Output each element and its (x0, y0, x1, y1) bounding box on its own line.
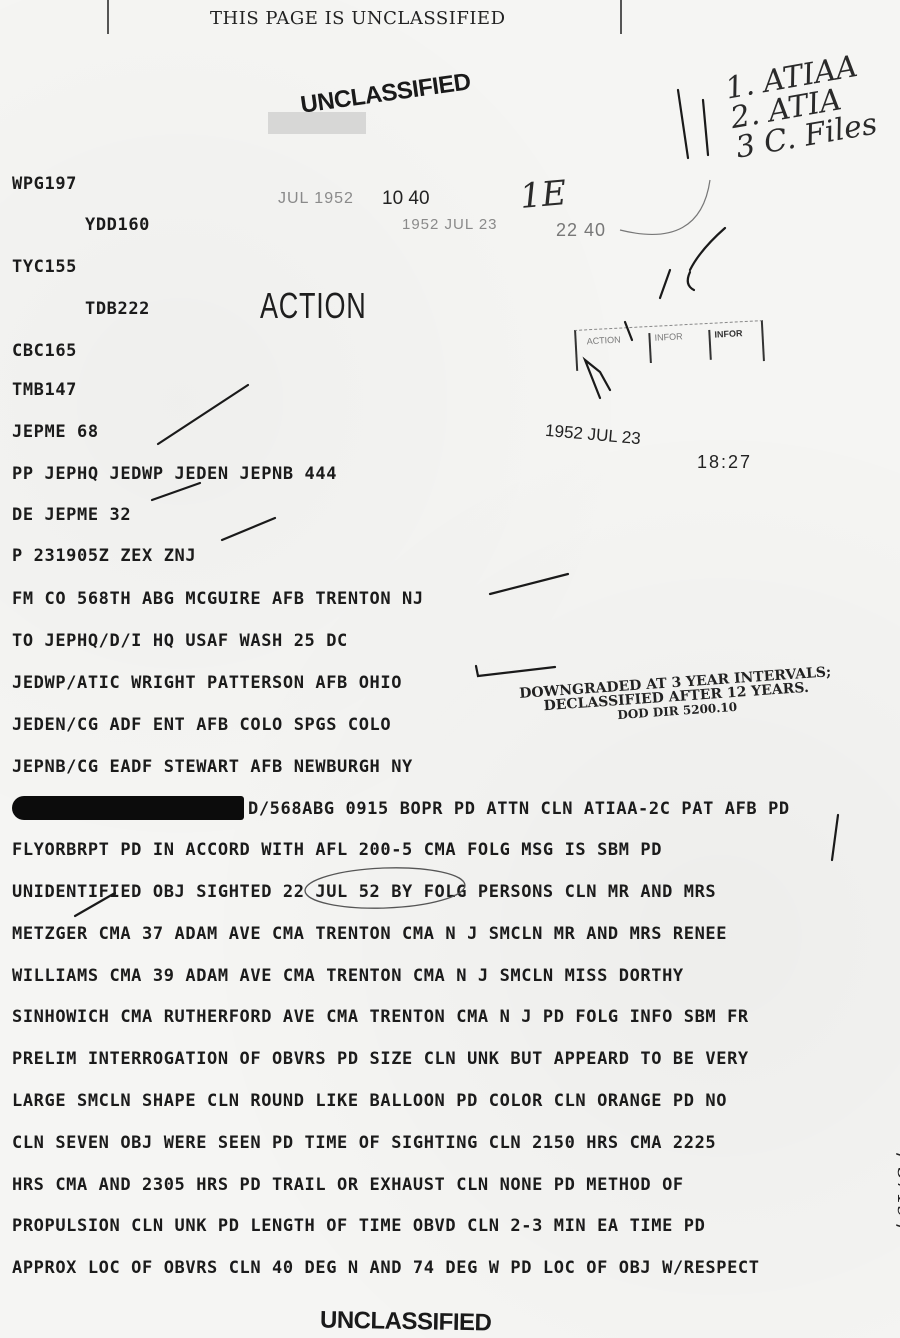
routing-header-line: YDD160 (85, 215, 150, 235)
classification-stamp-bottom: UNCLASSIFIED (320, 1307, 492, 1338)
message-body-line: APPROX LOC OF OBVRS CLN 40 DEG N AND 74 … (12, 1258, 760, 1278)
routing-label-infor: INFOR (648, 331, 684, 363)
classification-stamp-top: UNCLASSIFIED (299, 68, 473, 120)
routing-stamp-box: ACTION INFOR INFOR (574, 320, 765, 371)
received-stamp-2-time: 22 40 (556, 220, 606, 241)
top-rule-left (107, 0, 109, 34)
address-from-line: FM CO 568TH ABG MCGUIRE AFB TRENTON NJ (12, 589, 424, 609)
unclassified-banner: THIS PAGE IS UNCLASSIFIED (210, 8, 506, 29)
message-body-line: LARGE SMCLN SHAPE CLN ROUND LIKE BALLOON… (12, 1091, 727, 1111)
action-stamp: ACTION (260, 285, 367, 327)
message-body-line: PROPULSION CLN UNK PD LENGTH OF TIME OBV… (12, 1216, 705, 1236)
message-body-line: PRELIM INTERROGATION OF OBVRS PD SIZE CL… (12, 1049, 749, 1069)
address-line: JEDEN/CG ADF ENT AFB COLO SPGS COLO (12, 715, 391, 735)
routing-header-line: JEPME 68 (12, 422, 99, 442)
downgrade-declassification-stamp: DOWNGRADED AT 3 YEAR INTERVALS; DECLASSI… (519, 665, 834, 729)
routing-header-line: TYC155 (12, 257, 77, 277)
message-body-line: UNIDENTIFIED OBJ SIGHTED 22 JUL 52 BY FO… (12, 882, 716, 902)
message-body-line: SINHOWICH CMA RUTHERFORD AVE CMA TRENTON… (12, 1007, 749, 1027)
received-stamp-3-date: 1952 JUL 23 (544, 421, 641, 449)
message-body-line: WILLIAMS CMA 39 ADAM AVE CMA TRENTON CMA… (12, 966, 684, 986)
redaction-bar (12, 796, 244, 820)
address-to-line: TO JEPHQ/D/I HQ USAF WASH 25 DC (12, 631, 348, 651)
received-stamp-1-date: JUL 1952 (278, 190, 354, 208)
handwritten-file-number: /-3719-/ (893, 1153, 900, 1231)
teletype-document-page: THIS PAGE IS UNCLASSIFIED UNCLASSIFIED 1… (0, 0, 900, 1338)
received-stamp-2-date: 1952 JUL 23 (402, 216, 498, 233)
routing-header-line: P 231905Z ZEX ZNJ (12, 546, 196, 566)
routing-header-line: TMB147 (12, 380, 77, 400)
routing-header-line: CBC165 (12, 341, 77, 361)
top-rule-right (620, 0, 622, 34)
routing-header-line: DE JEPME 32 (12, 505, 131, 525)
address-line: JEDWP/ATIC WRIGHT PATTERSON AFB OHIO (12, 673, 402, 693)
message-body-line: METZGER CMA 37 ADAM AVE CMA TRENTON CMA … (12, 924, 727, 944)
message-body-line: CLN SEVEN OBJ WERE SEEN PD TIME OF SIGHT… (12, 1133, 716, 1153)
message-body-line: D/568ABG 0915 BOPR PD ATTN CLN ATIAA-2C … (248, 799, 790, 819)
handwritten-routing-list: 1. ATIAA 2. ATIA 3 C. Files (723, 50, 879, 163)
message-body-line: HRS CMA AND 2305 HRS PD TRAIL OR EXHAUST… (12, 1175, 684, 1195)
message-body-line: FLYORBRPT PD IN ACCORD WITH AFL 200-5 CM… (12, 840, 662, 860)
received-stamp-3-time: 18:27 (697, 452, 752, 473)
routing-header-line: WPG197 (12, 174, 77, 194)
address-line: JEPNB/CG EADF STEWART AFB NEWBURGH NY (12, 757, 413, 777)
routing-label-action: ACTION (586, 335, 620, 347)
routing-header-line: TDB222 (85, 299, 150, 319)
handwritten-mark-1e: 1E (519, 178, 568, 212)
routing-header-line: PP JEPHQ JEDWP JEDEN JEPNB 444 (12, 464, 337, 484)
received-stamp-1-time: 10 40 (382, 188, 430, 210)
routing-label-infor-2: INFOR (708, 328, 744, 360)
